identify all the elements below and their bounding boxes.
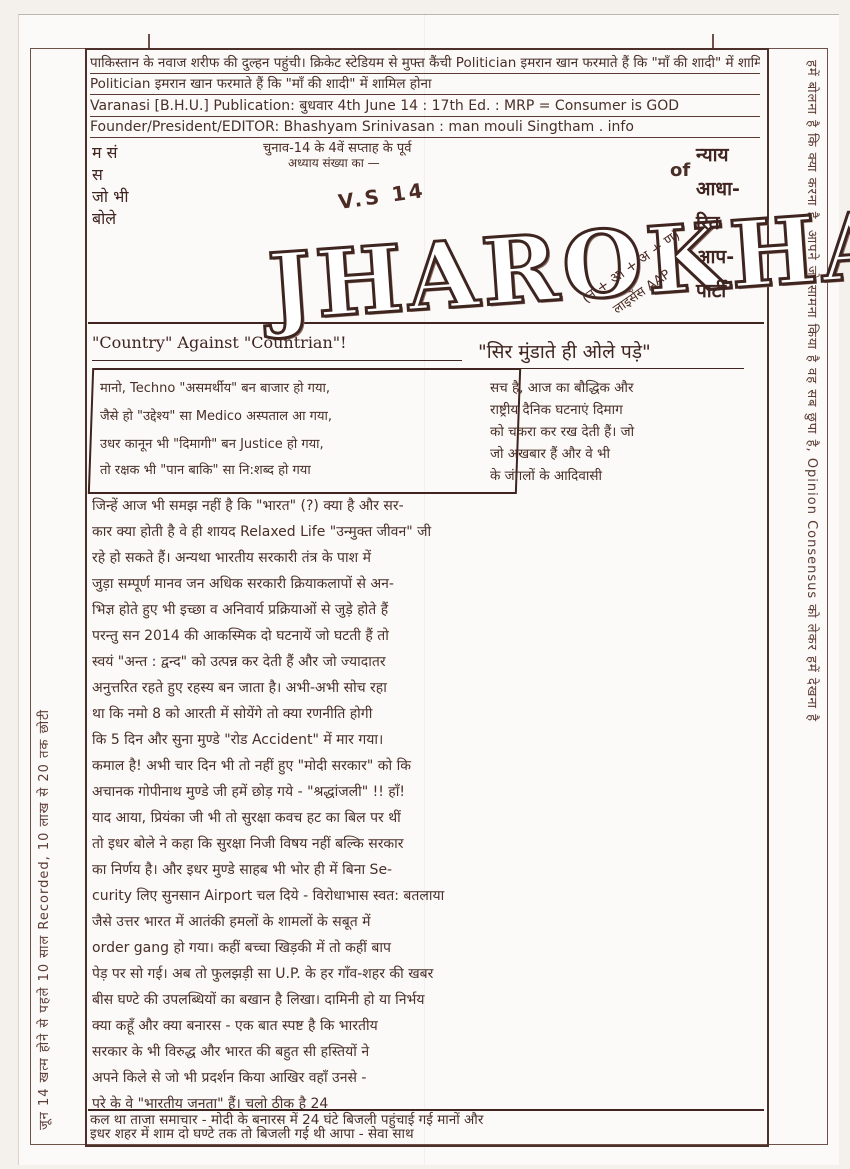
- body-line: का निर्णय है। और इधर मुण्डे साहब भी भोर …: [92, 856, 760, 884]
- right-article-line: जो अखबार हैं और वे भी: [490, 444, 760, 465]
- body-line: कि 5 दिन और सुना मुण्डे "रोड Accident" म…: [92, 726, 760, 754]
- masthead-right-stack: न्याय आधा- रित आप- पार्टी: [696, 138, 762, 308]
- masthead-left-stack: म सं स जो भी बोले: [92, 142, 182, 230]
- body-line: याद आया, प्रियंका जी भी तो सुरक्षा कवच ह…: [92, 804, 760, 832]
- body-line: अचानक गोपीनाथ मुण्डे जी हमें छोड़ गये - …: [92, 778, 760, 806]
- right-article-line: राष्ट्रीय दैनिक घटनाएं दिमाग: [490, 400, 760, 421]
- body-line: अपने किले से जो भी प्रदर्शन किया आखिर वह…: [92, 1064, 760, 1092]
- left-margin-note: जून 14 खत्म होने से पहले 10 साल Recorded…: [36, 60, 80, 1130]
- body-line: curity लिए सुनसान Airport चल दिये - विरो…: [92, 882, 760, 910]
- ruler-tick: [148, 34, 150, 48]
- body-line: अनुत्तरित रहते हुए रहस्य बन जाता है। अभी…: [92, 674, 760, 702]
- vs-label: V.S 14: [337, 178, 427, 214]
- body-line: order gang हो गया। कहीं बच्चा खिड़की में…: [92, 934, 760, 962]
- right-article-line: सच है, आज का बौद्धिक और: [490, 378, 760, 399]
- body-line: कमाल है! अभी चार दिन भी तो नहीं हुए "मोद…: [92, 752, 760, 780]
- body-line: बीस घण्टे की उपलब्धियों का बखान है लिखा।…: [92, 986, 760, 1014]
- body-line: जैसे उत्तर भारत में आतंकी हमलों के शामलो…: [92, 908, 760, 936]
- masthead: म सं स जो भी बोले चुनाव-14 के 4वें सप्ता…: [88, 132, 764, 324]
- body-line: कार क्या होती है वे ही शायद Relaxed Life…: [92, 518, 760, 546]
- left-article-line: उधर कानून भी "दिमागी" बन Justice हो गया,: [100, 434, 510, 455]
- body-line: स्वयं "अन्त : द्वन्द" को उत्पन्न कर देती…: [92, 648, 760, 676]
- body-line: परन्तु सन 2014 की आकस्मिक दो घटनायें जो …: [92, 622, 760, 650]
- body-line: था कि नमो 8 को आरती में सोयेंगे तो क्या …: [92, 700, 760, 728]
- ruler-tick: [712, 34, 714, 48]
- footer-news-line: इधर शहर में शाम दो घण्टे तक तो बिजली गई …: [90, 1124, 760, 1144]
- headline-ticker-1: पाकिस्तान के नवाज शरीफ की दुल्हन पहुंची।…: [90, 54, 760, 74]
- title-underline: [484, 368, 744, 369]
- newspaper-logo: JHAROKHA: [265, 190, 850, 342]
- left-article-line: जैसे हो "उद्देश्य" सा Medico अस्पताल आ ग…: [100, 406, 510, 427]
- body-line: क्या कहूँ और क्या बनारस - एक बात स्पष्ट …: [92, 1012, 760, 1040]
- body-line: जिन्हें आज भी समझ नहीं है कि "भारत" (?) …: [92, 492, 760, 520]
- left-article-title: "Country" Against "Countrian"!: [92, 333, 347, 352]
- body-line: जुड़ा सम्पूर्ण मानव जन अधिक सरकारी क्रिय…: [92, 570, 760, 598]
- body-line: सरकार के भी विरुद्ध और भारत की बहुत सी ह…: [92, 1038, 760, 1066]
- body-line: पेड़ पर सो गई। अब तो फुलझड़ी सा U.P. के …: [92, 960, 760, 988]
- body-line: भिज्ञ होते हुए भी इच्छा व अनिवार्य प्रक्…: [92, 596, 760, 624]
- left-article-line: तो रक्षक भी "पान बाकि" सा नि:शब्द हो गया: [100, 460, 510, 481]
- right-article-line: के जंगलों के आदिवासी: [490, 466, 760, 487]
- body-line: तो इधर बोले ने कहा कि सुरक्षा निजी विषय …: [92, 830, 760, 858]
- logo-suffix: of: [670, 160, 690, 181]
- right-article-title: "सिर मुंडाते ही ओले पड़े": [478, 338, 651, 364]
- title-underline: [92, 360, 462, 361]
- left-article-line: मानो, Techno "असमर्थीय" बन बाजार हो गया,: [100, 378, 510, 399]
- right-article-line: को चकरा कर रख देती हैं। जो: [490, 422, 760, 443]
- body-line: रहे हो सकते हैं। अन्यथा भारतीय सरकारी तं…: [92, 544, 760, 572]
- masthead-subtitle-2: अध्याय संख्या का —: [288, 154, 380, 171]
- publication-line: Varanasi [B.H.U.] Publication: बुधवार 4t…: [90, 97, 760, 117]
- headline-ticker-2: Politician इमरान खान फरमाते हैं कि "माँ …: [90, 75, 760, 95]
